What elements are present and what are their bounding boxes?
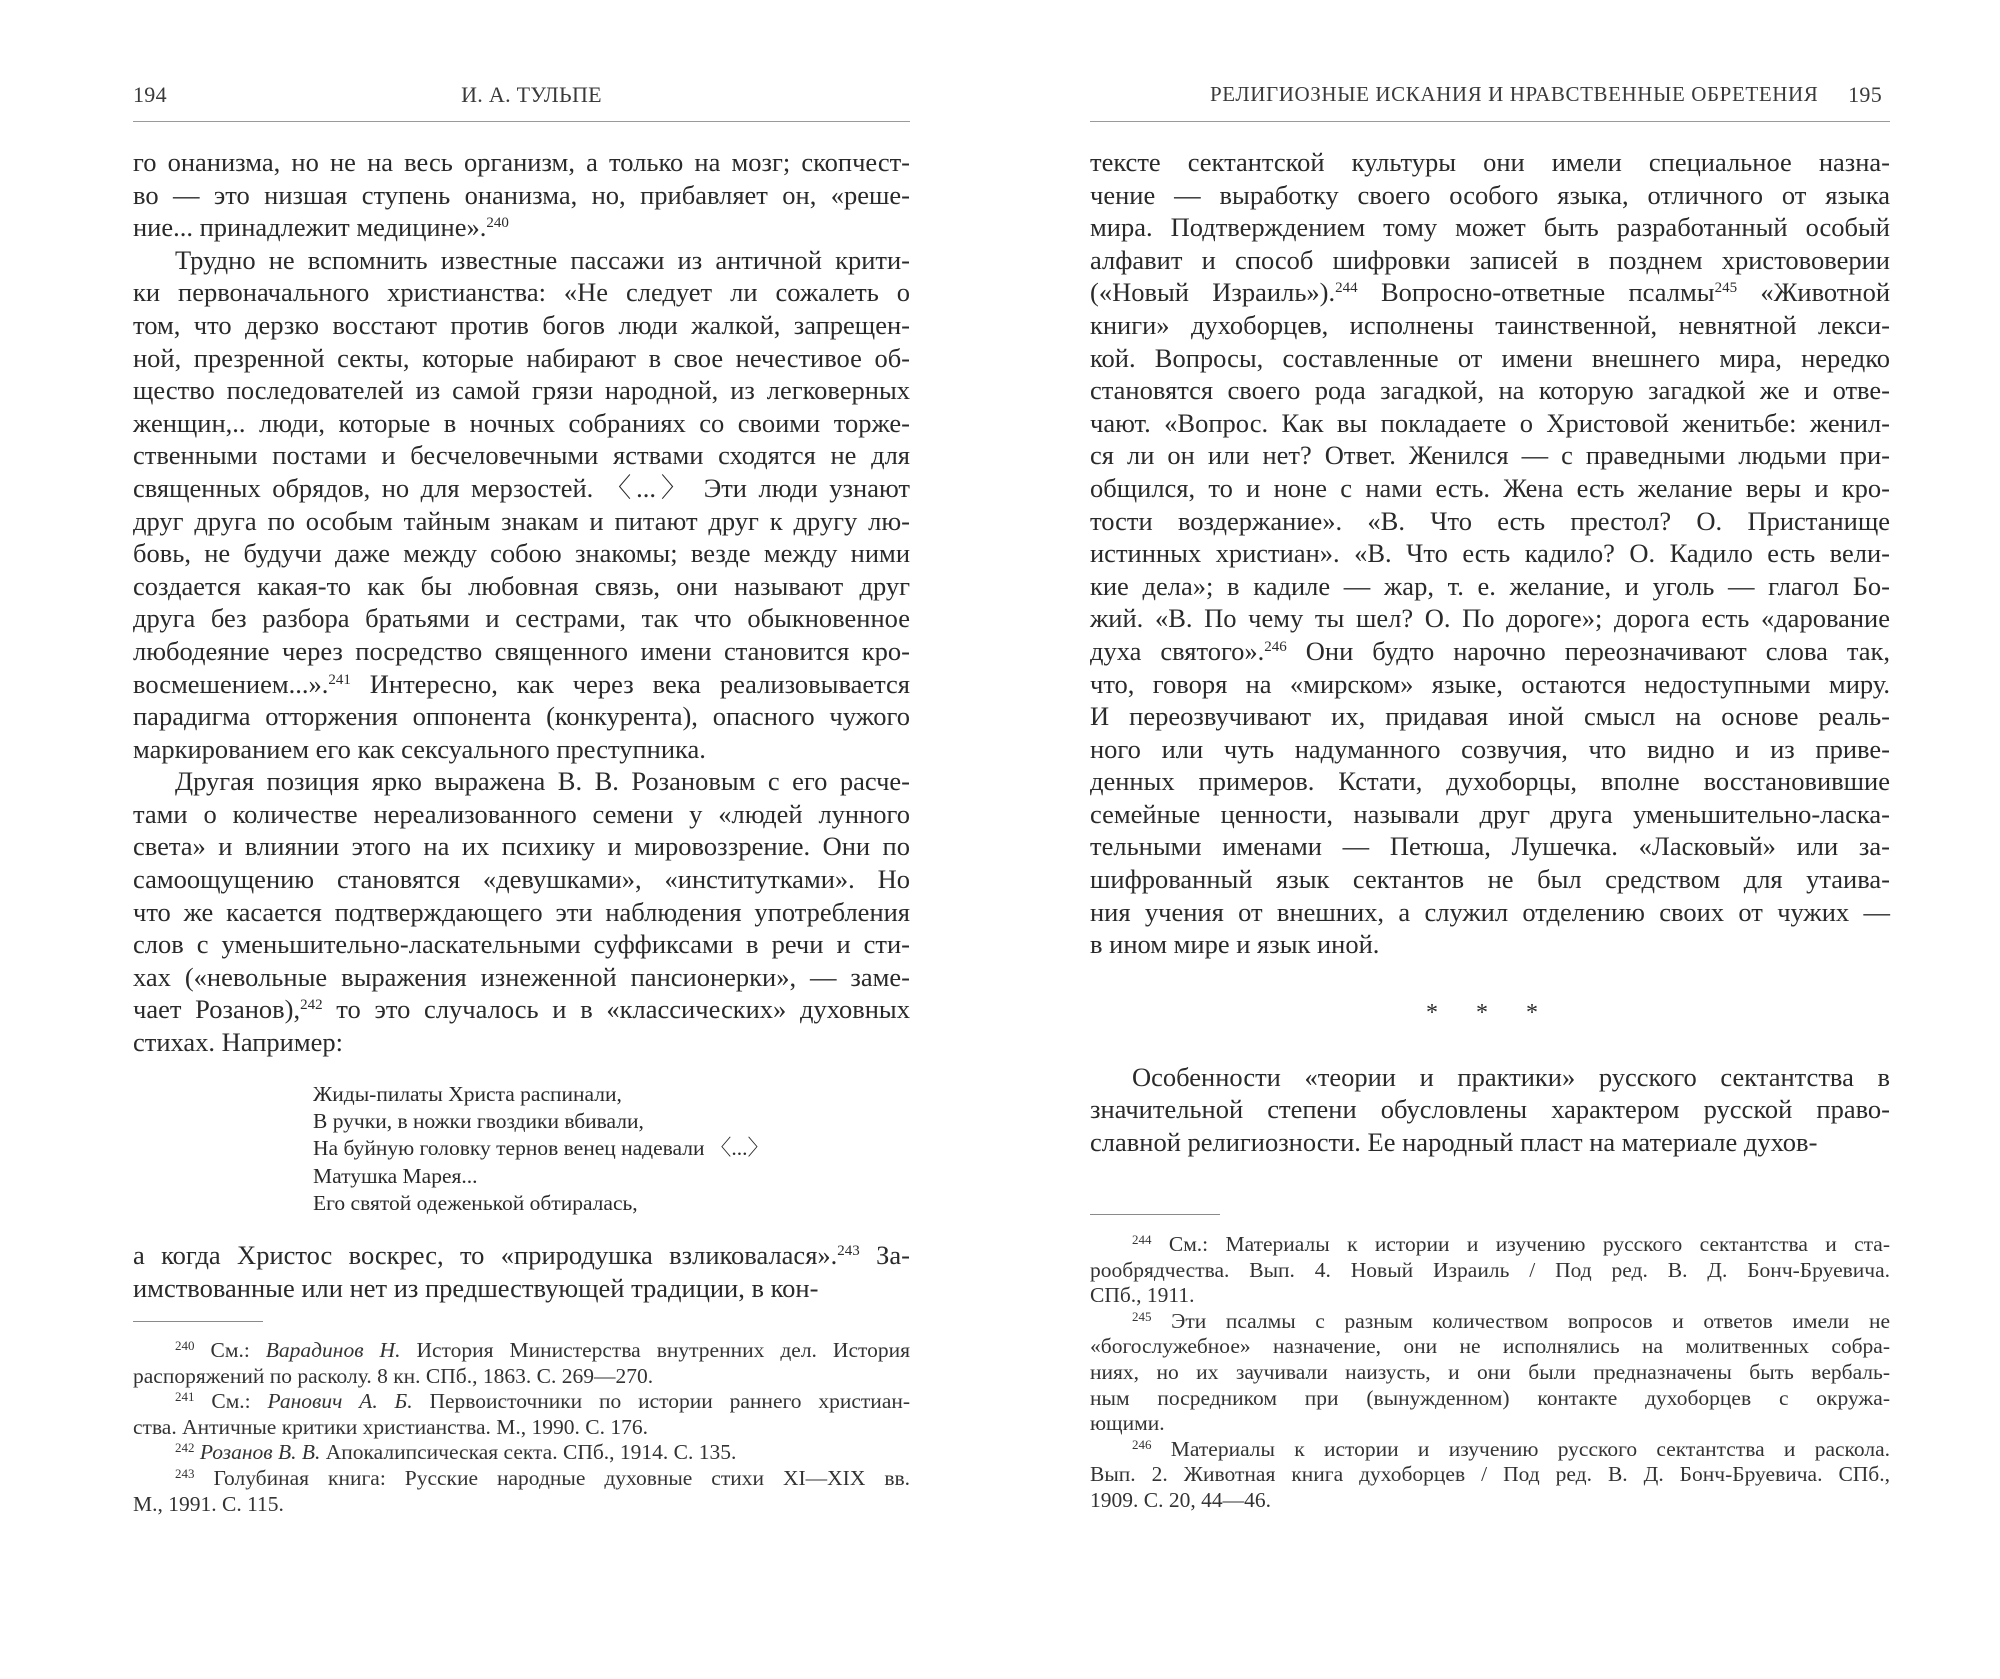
text-line: бовь, не будучи даже между собою знакомы… bbox=[133, 537, 910, 570]
text-line: друг друга по особым тайным знакам и пит… bbox=[133, 505, 910, 538]
text-line: ки первоначального христианства: «Не сле… bbox=[133, 276, 910, 309]
verse-quote: Жиды-пилаты Христа распинали,В ручки, в … bbox=[313, 1081, 910, 1217]
footnote-line: 241 См.: Ранович А. Б. Первоисточники по… bbox=[133, 1389, 910, 1415]
footnote-line: СПб., 1911. bbox=[1090, 1283, 1890, 1309]
text-line: восмешением...».241 Интересно, как через… bbox=[133, 668, 910, 701]
footnote-ref: 245 bbox=[1715, 280, 1738, 296]
text-line: славной религиозности. Ее народный пласт… bbox=[1090, 1126, 1890, 1159]
footnote-line: ным посредником при (вынужденном) контак… bbox=[1090, 1386, 1890, 1412]
footnote-line: Вып. 2. Животная книга духоборцев / Под … bbox=[1090, 1462, 1890, 1488]
footnote-line: «богослужебное» назначение, они не испол… bbox=[1090, 1334, 1890, 1360]
text-line: семейные ценности, называли друг друга у… bbox=[1090, 798, 1890, 831]
footnote-line: 243 Голубиная книга: Русские народные ду… bbox=[133, 1466, 910, 1492]
footnote-line: 1909. С. 20, 44—46. bbox=[1090, 1488, 1890, 1514]
footnote: 242 Розанов В. В. Апокалипсическая секта… bbox=[133, 1440, 910, 1466]
text-line: тексте сектантской культуры они имели сп… bbox=[1090, 146, 1890, 179]
running-head: РЕЛИГИОЗНЫЕ ИСКАНИЯ И НРАВСТВЕННЫЕ ОБРЕТ… bbox=[1090, 82, 1890, 122]
text-line: денных примеров. Кстати, духоборцы, впол… bbox=[1090, 765, 1890, 798]
text-line: священных обрядов, но для мерзостей. 〈..… bbox=[133, 472, 910, 505]
verse-line: Его святой одеженькой обтиралась, bbox=[313, 1190, 910, 1217]
text-line: том, что дерзко восстают против богов лю… bbox=[133, 309, 910, 342]
text-line: ной, презренной секты, которые набирают … bbox=[133, 342, 910, 375]
text-line: жий. «В. По чему ты шел? О. По дороге»; … bbox=[1090, 602, 1890, 635]
text-line: слов с уменьшительно-ласкательными суффи… bbox=[133, 928, 910, 961]
text-line: в ином мире и язык иной. bbox=[1090, 928, 1890, 961]
footnote-number: 246 bbox=[1132, 1437, 1152, 1452]
text-line: го онанизма, но не на весь организм, а т… bbox=[133, 146, 910, 179]
footnote-number: 244 bbox=[1132, 1232, 1152, 1247]
running-title: И. А. ТУЛЬПЕ bbox=[133, 82, 910, 108]
paragraph: Особенности «теории и практики» русского… bbox=[1090, 1061, 1890, 1159]
text-line: Другая позиция ярко выражена В. В. Розан… bbox=[133, 765, 910, 798]
footnote-line: 246 Материалы к истории и изучению русск… bbox=[1090, 1437, 1890, 1463]
text-line: во — это низшая ступень онанизма, но, пр… bbox=[133, 179, 910, 212]
text-line: любодеяние через посредство священного и… bbox=[133, 635, 910, 668]
section-break: * * * bbox=[1090, 995, 1890, 1031]
text-line: тости воздержание». «В. Что есть престол… bbox=[1090, 505, 1890, 538]
footnote-number: 243 bbox=[175, 1466, 195, 1481]
footnote-ref: 240 bbox=[486, 215, 509, 231]
text-line: ния учения от внешних, а служил отделени… bbox=[1090, 896, 1890, 929]
header-rule bbox=[133, 121, 910, 122]
verse-line: На буйную головку тернов венец надевали … bbox=[313, 1135, 910, 1162]
text-line: а когда Христос воскрес, то «природушка … bbox=[133, 1239, 910, 1272]
text-line: алфавит и способ шифровки записей в позд… bbox=[1090, 244, 1890, 277]
verse-line: Матушка Марея... bbox=[313, 1163, 910, 1190]
text-line: Особенности «теории и практики» русского… bbox=[1090, 1061, 1890, 1094]
text-line: маркированием его как сексуального прест… bbox=[133, 733, 910, 766]
text-line: И переозвучивают их, придавая иной смысл… bbox=[1090, 700, 1890, 733]
text-line: парадигма отторжения оппонента (конкурен… bbox=[133, 700, 910, 733]
text-line: щество последователей из самой грязи нар… bbox=[133, 374, 910, 407]
footnote: 245 Эти псалмы с разным количеством вопр… bbox=[1090, 1309, 1890, 1437]
header-rule bbox=[1090, 121, 1890, 122]
footnote-number: 241 bbox=[175, 1389, 195, 1404]
footnote-ref: 244 bbox=[1335, 280, 1358, 296]
footnote: 243 Голубиная книга: Русские народные ду… bbox=[133, 1466, 910, 1517]
verse-line: Жиды-пилаты Христа распинали, bbox=[313, 1081, 910, 1108]
paragraph: го онанизма, но не на весь организм, а т… bbox=[133, 146, 910, 244]
text-line: что, говоря на «мирском» языке, остаются… bbox=[1090, 668, 1890, 701]
footnotes: 244 См.: Материалы к истории и изучению … bbox=[1090, 1232, 1890, 1514]
footnote-line: ющими. bbox=[1090, 1411, 1890, 1437]
text-line: ственными постами и бесчеловечными яства… bbox=[133, 439, 910, 472]
verse-line: В ручки, в ножки гвоздики вбивали, bbox=[313, 1108, 910, 1135]
author-name: Розанов В. В. bbox=[200, 1440, 320, 1464]
footnote-rule bbox=[133, 1321, 263, 1322]
body-text: го онанизма, но не на весь организм, а т… bbox=[133, 146, 910, 1304]
footnote: 241 См.: Ранович А. Б. Первоисточники по… bbox=[133, 1389, 910, 1440]
text-line: чает Розанов),242 то это случалось и в «… bbox=[133, 993, 910, 1026]
author-name: Ранович А. Б. bbox=[268, 1389, 413, 1413]
footnote-number: 240 bbox=[175, 1338, 195, 1353]
paragraph: Трудно не вспомнить известные пассажи из… bbox=[133, 244, 910, 766]
text-line: общился, то и ноне с нами есть. Жена ест… bbox=[1090, 472, 1890, 505]
text-line: чение — выработку своего особого языка, … bbox=[1090, 179, 1890, 212]
paragraph: тексте сектантской культуры они имели сп… bbox=[1090, 146, 1890, 961]
footnote: 244 См.: Материалы к истории и изучению … bbox=[1090, 1232, 1890, 1309]
footnote-line: 244 См.: Материалы к истории и изучению … bbox=[1090, 1232, 1890, 1258]
paragraph: а когда Христос воскрес, то «природушка … bbox=[133, 1239, 910, 1304]
footnote-line: 245 Эти псалмы с разным количеством вопр… bbox=[1090, 1309, 1890, 1335]
footnote-line: ства. Античные критики христианства. М.,… bbox=[133, 1415, 910, 1441]
page-number: 195 bbox=[1848, 82, 1882, 108]
footnote: 240 См.: Варадинов Н. История Министерст… bbox=[133, 1338, 910, 1389]
text-line: («Новый Израиль»).244 Вопросно-ответные … bbox=[1090, 276, 1890, 309]
paragraph: Другая позиция ярко выражена В. В. Розан… bbox=[133, 765, 910, 1058]
text-line: света» и влиянии этого на их психику и м… bbox=[133, 830, 910, 863]
text-line: женщин,.. люди, которые в ночных собрани… bbox=[133, 407, 910, 440]
text-line: ного или чуть надуманного созвучия, что … bbox=[1090, 733, 1890, 766]
text-line: становятся своего рода загадкой, на кото… bbox=[1090, 374, 1890, 407]
text-line: тами о количестве нереализованного семен… bbox=[133, 798, 910, 831]
footnote-ref: 246 bbox=[1264, 639, 1287, 655]
footnote-number: 245 bbox=[1132, 1309, 1152, 1324]
footnote-ref: 241 bbox=[328, 672, 351, 688]
text-line: духа святого».246 Они будто нарочно пере… bbox=[1090, 635, 1890, 668]
text-line: хах («невольные выражения изнеженной пан… bbox=[133, 961, 910, 994]
text-line: кой. Вопросы, составленные от имени внеш… bbox=[1090, 342, 1890, 375]
footnote-line: ниях, но их заучивали наизусть, и они бы… bbox=[1090, 1360, 1890, 1386]
text-line: чают. «Вопрос. Как вы покладаете о Христ… bbox=[1090, 407, 1890, 440]
footnote-rule bbox=[1090, 1214, 1220, 1215]
footnote-line: рообрядчества. Вып. 4. Новый Израиль / П… bbox=[1090, 1258, 1890, 1284]
footnotes: 240 См.: Варадинов Н. История Министерст… bbox=[133, 1338, 910, 1517]
running-title: РЕЛИГИОЗНЫЕ ИСКАНИЯ И НРАВСТВЕННЫЕ ОБРЕТ… bbox=[1210, 82, 1818, 107]
text-line: друга без разбора братьями и сестрами, т… bbox=[133, 602, 910, 635]
footnote-ref: 242 bbox=[300, 997, 323, 1013]
footnote-line: М., 1991. С. 115. bbox=[133, 1492, 910, 1518]
text-line: самоощущению становятся «девушками», «ин… bbox=[133, 863, 910, 896]
text-line: кие дела»; в кадиле — жар, т. е. желание… bbox=[1090, 570, 1890, 603]
footnote-line: распоряжений по расколу. 8 кн. СПб., 186… bbox=[133, 1364, 910, 1390]
running-head: 194 И. А. ТУЛЬПЕ bbox=[133, 82, 910, 122]
text-line: ся ли он или нет? Ответ. Женился — с пра… bbox=[1090, 439, 1890, 472]
body-text: тексте сектантской культуры они имели сп… bbox=[1090, 146, 1890, 1159]
text-line: создается какая-то как бы любовная связь… bbox=[133, 570, 910, 603]
text-line: книги» духоборцев, исполнены таинственно… bbox=[1090, 309, 1890, 342]
text-line: стихах. Например: bbox=[133, 1026, 910, 1059]
text-line: имствованные или нет из предшествующей т… bbox=[133, 1272, 910, 1305]
text-line: ние... принадлежит медицине».240 bbox=[133, 211, 910, 244]
text-line: что же касается подтверждающего эти набл… bbox=[133, 896, 910, 929]
text-line: тельными именами — Петюша, Лушечка. «Лас… bbox=[1090, 830, 1890, 863]
footnote-ref: 243 bbox=[837, 1243, 860, 1259]
footnote-line: 240 См.: Варадинов Н. История Министерст… bbox=[133, 1338, 910, 1364]
footnote-number: 242 bbox=[175, 1440, 195, 1455]
text-line: значительной степени обусловлены характе… bbox=[1090, 1093, 1890, 1126]
author-name: Варадинов Н. bbox=[266, 1338, 401, 1362]
footnote-line: 242 Розанов В. В. Апокалипсическая секта… bbox=[133, 1440, 910, 1466]
text-line: Трудно не вспомнить известные пассажи из… bbox=[133, 244, 910, 277]
text-line: мира. Подтверждением тому может быть раз… bbox=[1090, 211, 1890, 244]
text-line: шифрованный язык сектантов не был средст… bbox=[1090, 863, 1890, 896]
text-line: истинных христиан». «В. Что есть кадило?… bbox=[1090, 537, 1890, 570]
footnote: 246 Материалы к истории и изучению русск… bbox=[1090, 1437, 1890, 1514]
